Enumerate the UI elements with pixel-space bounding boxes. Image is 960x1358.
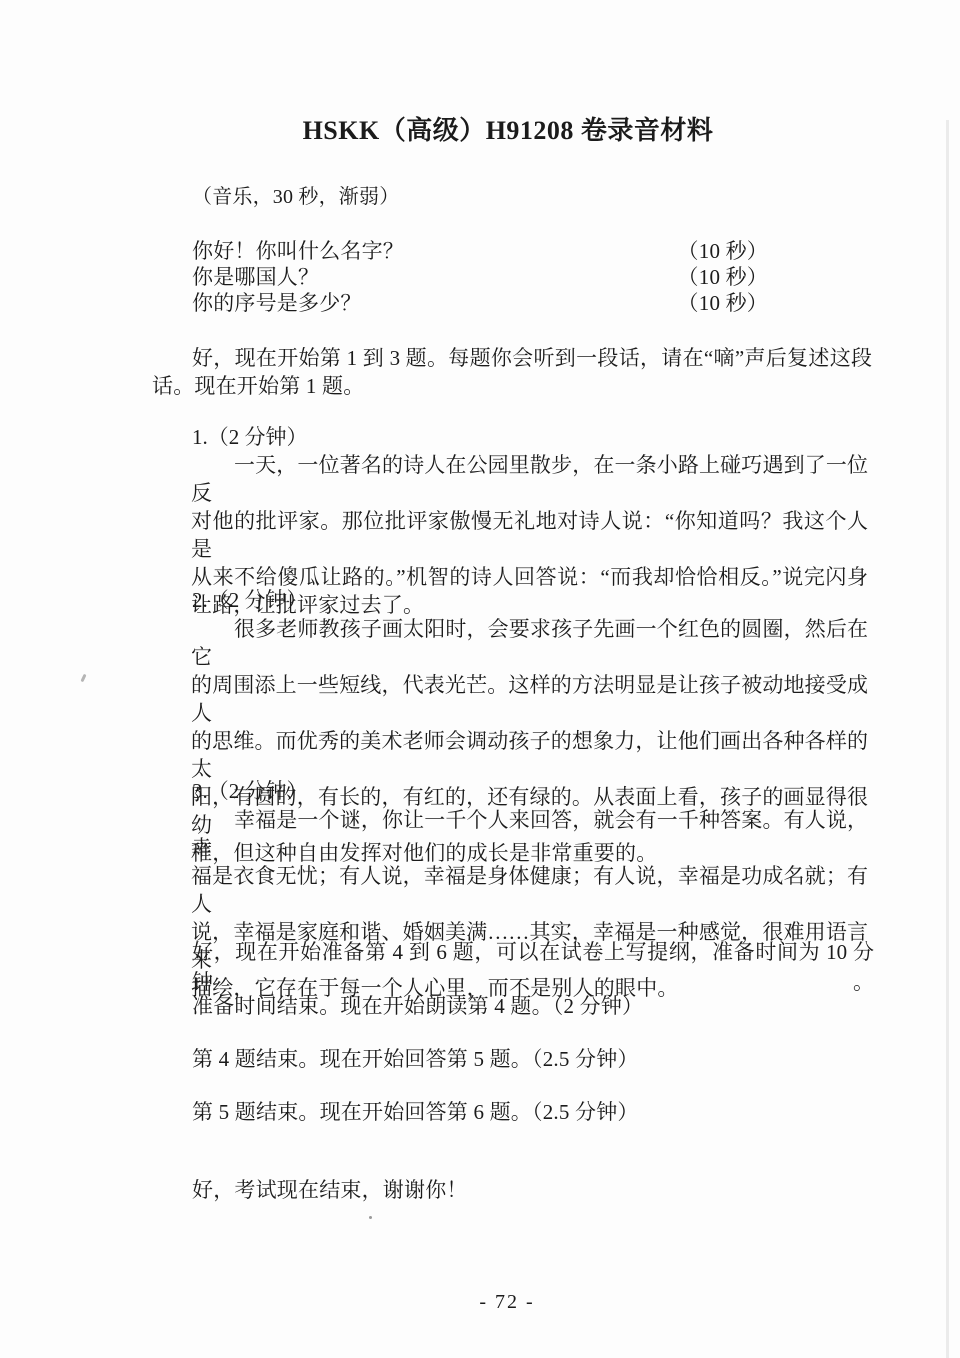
passage-1-line: 对他的批评家。那位批评家傲慢无礼地对诗人说：“你知道吗？我这个人是 xyxy=(191,507,868,563)
passage-3-line: 福是衣食无忧；有人说，幸福是身体健康；有人说，幸福是功成名就；有人 xyxy=(191,862,868,918)
warmup-time: （10 秒） xyxy=(678,264,768,290)
instruction-q6: 第 5 题结束。现在开始回答第 6 题。（2.5 分钟） xyxy=(192,1096,639,1126)
scan-edge-shadow xyxy=(946,120,949,1358)
scan-speck xyxy=(369,1216,372,1219)
passage-2-line: 很多老师教孩子画太阳时，会要求孩子先画一个红色的圆圈，然后在它 xyxy=(191,615,868,671)
item-1-heading: 1.（2 分钟） xyxy=(192,423,308,451)
passage-1-line: 一天，一位著名的诗人在公园里散步，在一条小路上碰巧遇到了一位反 xyxy=(191,451,868,507)
instruction-prepare: 好，现在开始准备第 4 到 6 题，可以在试卷上写提纲，准备时间为 10 分钟。 xyxy=(192,936,874,996)
item-2-heading: 2.（2 分钟） xyxy=(192,586,308,614)
intro-line-1: 好，现在开始第 1 到 3 题。每题你会听到一段话，请在“嘀”声后复述这段 xyxy=(152,344,872,372)
warmup-questions: 你好！你叫什么名字？ （10 秒） 你是哪国人？ （10 秒） 你的序号是多少？… xyxy=(192,238,768,316)
warmup-row: 你好！你叫什么名字？ （10 秒） xyxy=(192,238,768,264)
instruction-q4: 准备时间结束。现在开始朗读第 4 题。（2 分钟） xyxy=(192,990,643,1020)
intro-line-2: 话。现在开始第 1 题。 xyxy=(152,372,872,400)
scan-speck xyxy=(80,674,86,683)
music-cue: （音乐，30 秒，渐弱） xyxy=(192,183,399,211)
warmup-time: （10 秒） xyxy=(678,290,768,316)
passage-3-line: 幸福是一个谜，你让一千个人来回答，就会有一千种答案。有人说，幸 xyxy=(191,806,868,862)
warmup-question: 你的序号是多少？ xyxy=(192,290,362,316)
warmup-question: 你是哪国人？ xyxy=(192,264,319,290)
closing-line: 好，考试现在结束，谢谢你！ xyxy=(192,1174,468,1204)
warmup-row: 你的序号是多少？ （10 秒） xyxy=(192,290,768,316)
item-3-heading: 3.（2 分钟） xyxy=(192,777,308,805)
passage-2-line: 的思维。而优秀的美术老师会调动孩子的想象力，让他们画出各种各样的太 xyxy=(191,727,868,783)
warmup-time: （10 秒） xyxy=(678,238,768,264)
page-number: - 72 - xyxy=(152,1291,862,1314)
exam-title: HSKK（高级）H91208 卷录音材料 xyxy=(150,110,866,147)
document-page: { "page": { "title": "HSKK（高级）H91208 卷录音… xyxy=(0,0,960,1358)
warmup-question: 你好！你叫什么名字？ xyxy=(192,238,404,264)
passage-2-line: 的周围添上一些短线，代表光芒。这样的方法明显是让孩子被动地接受成人 xyxy=(191,671,868,727)
section-intro: 好，现在开始第 1 到 3 题。每题你会听到一段话，请在“嘀”声后复述这段 话。… xyxy=(152,344,872,400)
instruction-q5: 第 4 题结束。现在开始回答第 5 题。（2.5 分钟） xyxy=(192,1043,639,1073)
warmup-row: 你是哪国人？ （10 秒） xyxy=(192,264,768,290)
